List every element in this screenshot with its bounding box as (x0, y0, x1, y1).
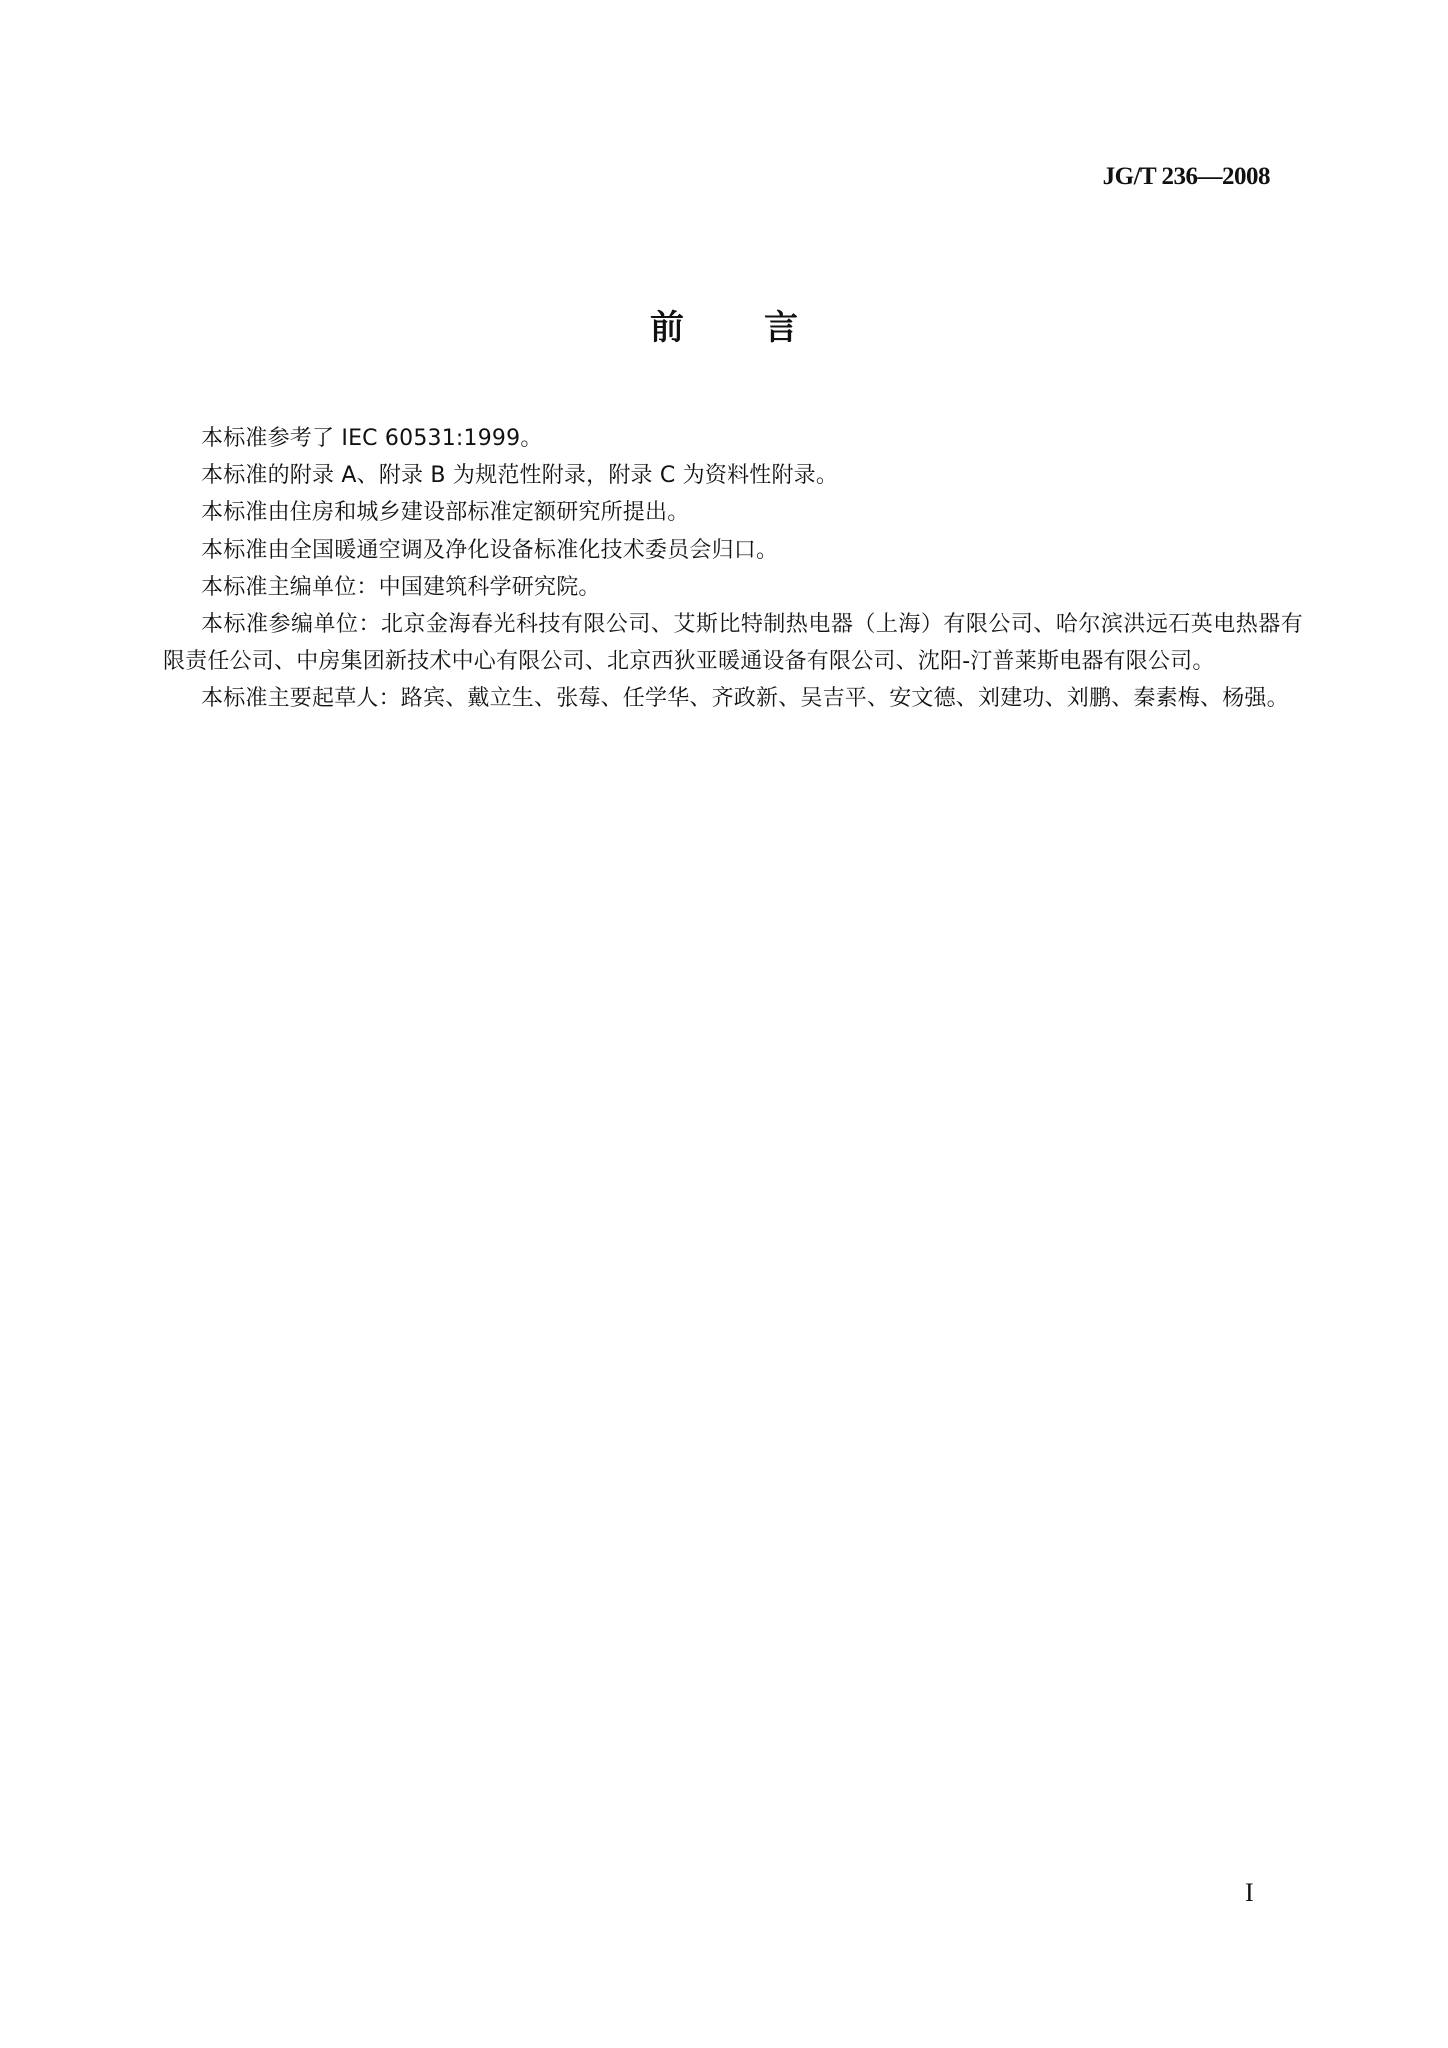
page-title-char-1: 前 (650, 300, 684, 349)
paragraph-administered-by: 本标准由全国暖通空调及净化设备标准化技术委员会归口。 (163, 532, 1303, 569)
page-number: I (1245, 1878, 1254, 1908)
paragraph-chief-editor-unit: 本标准主编单位：中国建筑科学研究院。 (163, 569, 1303, 606)
standard-code: JG/T 236—2008 (1103, 163, 1270, 191)
page-title-char-2: 言 (764, 300, 798, 349)
paragraph-reference-standard: 本标准参考了 IEC 60531:1999。 (163, 420, 1303, 457)
foreword-body: 本标准参考了 IEC 60531:1999。 本标准的附录 A、附录 B 为规范… (163, 420, 1303, 718)
paragraph-proposed-by: 本标准由住房和城乡建设部标准定额研究所提出。 (163, 494, 1303, 531)
page-title: 前言 (0, 300, 1448, 349)
paragraph-appendices: 本标准的附录 A、附录 B 为规范性附录，附录 C 为资料性附录。 (163, 457, 1303, 494)
paragraph-participating-units: 本标准参编单位：北京金海春光科技有限公司、艾斯比特制热电器（上海）有限公司、哈尔… (163, 606, 1303, 680)
paragraph-main-drafters: 本标准主要起草人：路宾、戴立生、张莓、任学华、齐政新、吴吉平、安文德、刘建功、刘… (163, 680, 1303, 717)
